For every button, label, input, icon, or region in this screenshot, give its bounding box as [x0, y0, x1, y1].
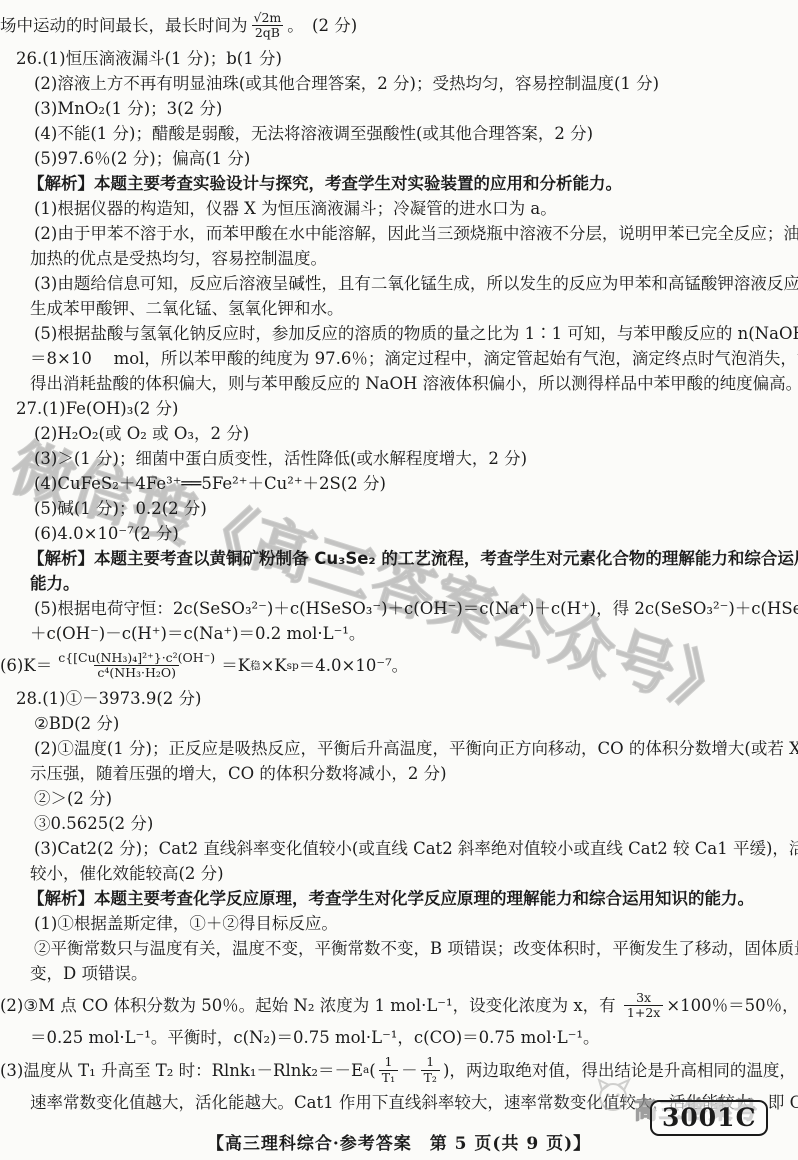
- text-line: (6)K＝c{[Cu(NH₃)₄]²⁺}·c²(OH⁻)c⁴(NH₃·H₂O)＝…: [0, 646, 798, 686]
- text-segment: ×K: [261, 653, 287, 678]
- text-segment: (: [369, 1058, 375, 1083]
- text-segment: 示压强，随着压强的增大，CO 的体积分数将减小，2 分): [30, 761, 447, 786]
- page-footer: 【高三理科综合·参考答案 第 5 页(共 9 页)】: [0, 1129, 798, 1154]
- fraction-numerator: √2m: [251, 11, 285, 25]
- text-line: 26.(1)恒压滴液漏斗(1 分)；b(1 分): [0, 46, 798, 71]
- text-line: (3)＞(1 分)；细菌中蛋白质变性，活性降低(或水解程度增大，2 分): [0, 446, 798, 471]
- text-segment: 27.(1)Fe(OH)₃(2 分): [16, 396, 178, 421]
- text-line: (5)碱(1 分)；0.2(2 分): [0, 496, 798, 521]
- text-line: (4)CuFeS₂＋4Fe³⁺══5Fe²⁺＋Cu²⁺＋2S(2 分): [0, 471, 798, 496]
- text-line: (5)根据电荷守恒：2c(SeSO₃²⁻)＋c(HSeSO₃⁻)＋c(OH⁻)＝…: [0, 596, 798, 621]
- cat-logo-icon: [594, 1076, 634, 1116]
- fraction: 3x1+2x: [624, 991, 663, 1021]
- text-line: (5)根据盐酸与氢氧化钠反应时，参加反应的溶质的物质的量之比为 1∶1 可知，与…: [0, 321, 798, 346]
- text-line: (5)97.6％(2 分)；偏高(1 分): [0, 146, 798, 171]
- text-segment: (2)①温度(1 分)；正反应是吸热反应，平衡后升高温度，平衡向正方向移动，CO…: [34, 736, 798, 761]
- text-segment: (5)97.6％(2 分)；偏高(1 分): [34, 146, 250, 171]
- text-segment: ＝0.25 mol·L⁻¹。平衡时，c(N₂)＝0.75 mol·L⁻¹，c(C…: [30, 1025, 600, 1050]
- text-segment: 场中运动的时间最长，最长时间为: [0, 13, 248, 38]
- text-line: ②BD(2 分): [0, 711, 798, 736]
- fraction: 1T₁: [379, 1055, 398, 1085]
- text-segment: (3)Cat2(2 分)；Cat2 直线斜率变化值较小(或直线 Cat2 斜率绝…: [34, 836, 798, 861]
- text-line: ③0.5625(2 分): [0, 811, 798, 836]
- fraction-denominator: T₂: [421, 1070, 440, 1085]
- text-line: (3)温度从 T₁ 升高至 T₂ 时：Rlnk₁－Rlnk₂＝－Ea(1T₁－1…: [0, 1050, 798, 1090]
- text-line: ②＞(2 分): [0, 786, 798, 811]
- text-segment: ②BD(2 分): [34, 711, 119, 736]
- text-line: ②平衡常数只与温度有关，温度不变，平衡常数不变，B 项错误；改变体积时，平衡发生…: [0, 936, 798, 961]
- text-segment: (5)根据电荷守恒：2c(SeSO₃²⁻)＋c(HSeSO₃⁻)＋c(OH⁻)＝…: [34, 596, 798, 621]
- text-line: ＋c(OH⁻)－c(H⁺)＝c(Na⁺)＝0.2 mol·L⁻¹。: [0, 621, 798, 646]
- page: { "page": { "background": "#fbfbf9", "te…: [0, 0, 798, 1160]
- text-segment: (6)4.0×10⁻⁷(2 分): [34, 521, 179, 546]
- text-line: ＝0.25 mol·L⁻¹。平衡时，c(N₂)＝0.75 mol·L⁻¹，c(C…: [0, 1025, 798, 1050]
- text-line: 示压强，随着压强的增大，CO 的体积分数将减小，2 分): [0, 761, 798, 786]
- text-segment: 变，D 项错误。: [30, 961, 147, 986]
- text-segment: ＝8×10 mol，所以苯甲酸的纯度为 97.6％；滴定过程中，滴定管起始有气泡…: [30, 346, 798, 371]
- text-segment: 能力。: [30, 571, 80, 596]
- text-line: 【解析】本题主要考查化学反应原理，考查学生对化学反应原理的理解能力和综合运用知识…: [0, 886, 798, 911]
- text-segment: ②平衡常数只与温度有关，温度不变，平衡常数不变，B 项错误；改变体积时，平衡发生…: [34, 936, 798, 961]
- text-segment: (4)CuFeS₂＋4Fe³⁺══5Fe²⁺＋Cu²⁺＋2S(2 分): [34, 471, 386, 496]
- text-segment: 28.(1)①－3973.9(2 分): [16, 686, 201, 711]
- text-line: (1)根据仪器的构造知，仪器 X 为恒压滴液漏斗；冷凝管的进水口为 a。: [0, 196, 798, 221]
- text-segment: (4)不能(1 分)；醋酸是弱酸，无法将溶液调至强酸性(或其他合理答案，2 分): [34, 121, 593, 146]
- text-segment: ＋c(OH⁻)－c(H⁺)＝c(Na⁺)＝0.2 mol·L⁻¹。: [30, 621, 365, 646]
- scanned-answer-page: 微信搜《高三答案公众号》 场中运动的时间最长，最长时间为√2m2qB。 (2 分…: [0, 0, 798, 1160]
- text-segment: (5)碱(1 分)；0.2(2 分): [34, 496, 207, 521]
- text-segment: 较小，催化效能较高(2 分): [30, 861, 224, 886]
- text-segment: ＝K: [221, 653, 250, 678]
- fraction-denominator: 1+2x: [624, 1005, 663, 1020]
- text-segment: ＝4.0×10⁻⁷。: [299, 653, 408, 678]
- text-line: (4)不能(1 分)；醋酸是弱酸，无法将溶液调至强酸性(或其他合理答案，2 分): [0, 121, 798, 146]
- text-line: (3)MnO₂(1 分)；3(2 分): [0, 96, 798, 121]
- text-line: (2)H₂O₂(或 O₂ 或 O₃，2 分): [0, 421, 798, 446]
- fraction-numerator: 1: [381, 1055, 395, 1069]
- text-segment: 【解析】本题主要考查化学反应原理，考查学生对化学反应原理的理解能力和综合运用知识…: [28, 886, 754, 911]
- fraction-denominator: c⁴(NH₃·H₂O): [94, 665, 179, 680]
- text-line: (3)由题给信息可知，反应后溶液呈碱性，且有二氧化锰生成，所以发生的反应为甲苯和…: [0, 271, 798, 296]
- text-segment: (6)K＝: [0, 653, 52, 678]
- text-segment: (1)①根据盖斯定律，①＋②得目标反应。: [34, 911, 338, 936]
- fraction-denominator: 2qB: [252, 25, 283, 40]
- fraction-numerator: 3x: [633, 991, 654, 1005]
- text-line: 较小，催化效能较高(2 分): [0, 861, 798, 886]
- text-line: 能力。: [0, 571, 798, 596]
- text-line: 得出消耗盐酸的体积偏大，则与苯甲酸反应的 NaOH 溶液体积偏小，所以测得样品中…: [0, 371, 798, 396]
- fraction: √2m2qB: [251, 11, 285, 41]
- text-segment: ③0.5625(2 分): [34, 811, 153, 836]
- text-segment: 得出消耗盐酸的体积偏大，则与苯甲酸反应的 NaOH 溶液体积偏小，所以测得样品中…: [30, 371, 798, 396]
- text-segment: (3)温度从 T₁ 升高至 T₂ 时：Rlnk₁－Rlnk₂＝－E: [0, 1058, 363, 1083]
- text-line: (6)4.0×10⁻⁷(2 分): [0, 521, 798, 546]
- text-line: 28.(1)①－3973.9(2 分): [0, 686, 798, 711]
- text-line: 27.(1)Fe(OH)₃(2 分): [0, 396, 798, 421]
- text-line: (2)由于甲苯不溶于水，而苯甲酸在水中能溶解，因此当三颈烧瓶中溶液不分层，说明甲…: [0, 221, 798, 246]
- text-segment: 【解析】本题主要考查实验设计与探究，考查学生对实验装置的应用和分析能力。: [28, 171, 622, 196]
- text-line: (1)①根据盖斯定律，①＋②得目标反应。: [0, 911, 798, 936]
- text-line: (3)Cat2(2 分)；Cat2 直线斜率变化值较小(或直线 Cat2 斜率绝…: [0, 836, 798, 861]
- text-segment: 。 (2 分): [287, 13, 357, 38]
- fraction-numerator: c{[Cu(NH₃)₄]²⁺}·c²(OH⁻): [55, 651, 218, 665]
- text-line: 【解析】本题主要考查实验设计与探究，考查学生对实验装置的应用和分析能力。: [0, 171, 798, 196]
- text-segment: (1)根据仪器的构造知，仪器 X 为恒压滴液漏斗；冷凝管的进水口为 a。: [34, 196, 557, 221]
- text-segment: (2)溶液上方不再有明显油珠(或其他合理答案，2 分)；受热均匀，容易控制温度(…: [34, 71, 659, 96]
- fraction: 1T₂: [421, 1055, 440, 1085]
- text-line: 变，D 项错误。: [0, 961, 798, 986]
- text-line: (2)③M 点 CO 体积分数为 50％。起始 N₂ 浓度为 1 mol·L⁻¹…: [0, 986, 798, 1026]
- answer-content: 场中运动的时间最长，最长时间为√2m2qB。 (2 分)26.(1)恒压滴液漏斗…: [0, 6, 798, 1115]
- text-line: (2)①温度(1 分)；正反应是吸热反应，平衡后升高温度，平衡向正方向移动，CO…: [0, 736, 798, 761]
- text-segment: (2)由于甲苯不溶于水，而苯甲酸在水中能溶解，因此当三颈烧瓶中溶液不分层，说明甲…: [34, 221, 798, 246]
- text-segment: (3)由题给信息可知，反应后溶液呈碱性，且有二氧化锰生成，所以发生的反应为甲苯和…: [34, 271, 798, 296]
- text-segment: 【解析】本题主要考查以黄铜矿粉制备 Cu₃Se₂ 的工艺流程，考查学生对元素化合…: [28, 546, 798, 571]
- fraction: c{[Cu(NH₃)₄]²⁺}·c²(OH⁻)c⁴(NH₃·H₂O): [55, 651, 218, 681]
- fraction-denominator: T₁: [379, 1070, 398, 1085]
- text-line: 加热的优点是受热均匀，容易控制温度。: [0, 246, 798, 271]
- text-line: ＝8×10 mol，所以苯甲酸的纯度为 97.6％；滴定过程中，滴定管起始有气泡…: [0, 346, 798, 371]
- text-segment: ×100％＝50％，x: [666, 993, 798, 1018]
- text-line: 【解析】本题主要考查以黄铜矿粉制备 Cu₃Se₂ 的工艺流程，考查学生对元素化合…: [0, 546, 798, 571]
- text-segment: 加热的优点是受热均匀，容易控制温度。: [30, 246, 327, 271]
- text-line: 场中运动的时间最长，最长时间为√2m2qB。 (2 分): [0, 6, 798, 46]
- text-segment: 26.(1)恒压滴液漏斗(1 分)；b(1 分): [16, 46, 282, 71]
- text-segment: ②＞(2 分): [34, 786, 112, 811]
- fraction-numerator: 1: [423, 1055, 437, 1069]
- text-segment: (2)H₂O₂(或 O₂ 或 O₃，2 分): [34, 421, 249, 446]
- text-segment: (2)③M 点 CO 体积分数为 50％。起始 N₂ 浓度为 1 mol·L⁻¹…: [0, 993, 621, 1018]
- text-line: 生成苯甲酸钾、二氧化锰、氢氧化钾和水。: [0, 296, 798, 321]
- text-segment: (3)＞(1 分)；细菌中蛋白质变性，活性降低(或水解程度增大，2 分): [34, 446, 527, 471]
- text-line: (2)溶液上方不再有明显油珠(或其他合理答案，2 分)；受热均匀，容易控制温度(…: [0, 71, 798, 96]
- text-segment: －: [401, 1058, 418, 1083]
- text-segment: (3)MnO₂(1 分)；3(2 分): [34, 96, 222, 121]
- text-segment: 生成苯甲酸钾、二氧化锰、氢氧化钾和水。: [30, 296, 344, 321]
- text-segment: (5)根据盐酸与氢氧化钠反应时，参加反应的溶质的物质的量之比为 1∶1 可知，与…: [34, 321, 798, 346]
